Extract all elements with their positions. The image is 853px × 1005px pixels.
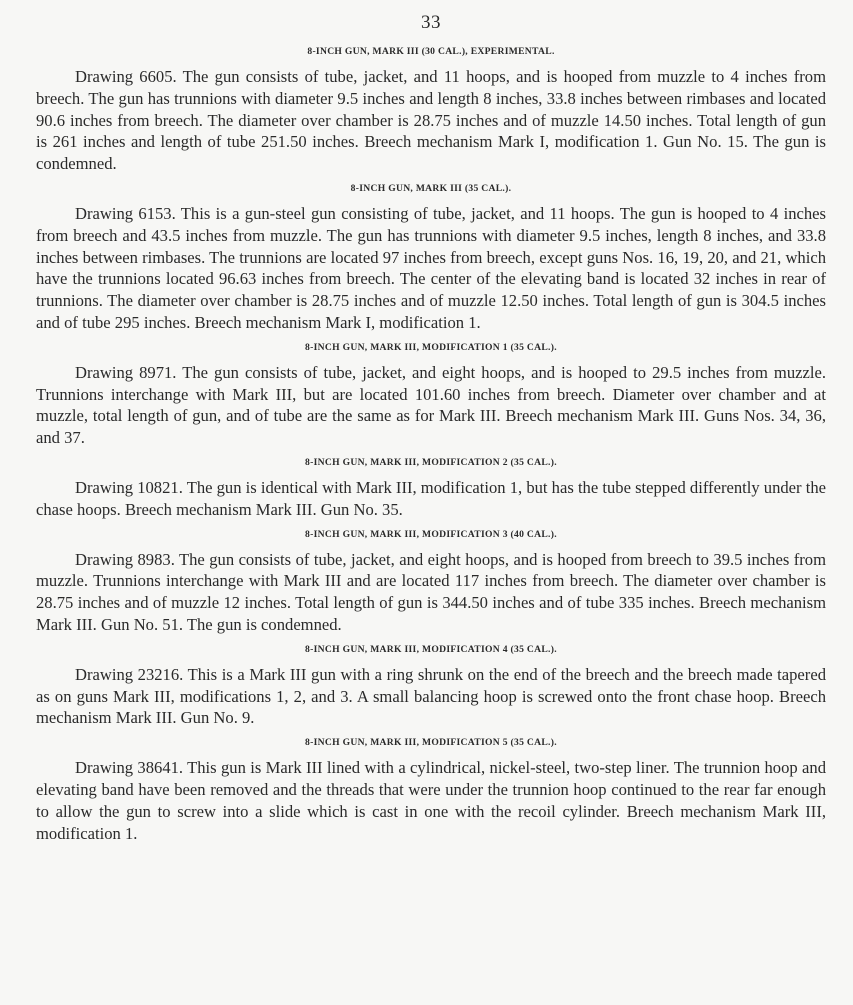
document-page: 33 8-INCH GUN, MARK III (30 CAL.), EXPER… [36,12,826,852]
section-mark-iii-mod-4: 8-INCH GUN, MARK III, MODIFICATION 4 (35… [36,644,826,729]
section-heading: 8-INCH GUN, MARK III (35 CAL.). [36,183,826,194]
section-body: Drawing 10821. The gun is identical with… [36,477,826,521]
section-heading: 8-INCH GUN, MARK III, MODIFICATION 3 (40… [36,529,826,540]
section-mark-iii-mod-5: 8-INCH GUN, MARK III, MODIFICATION 5 (35… [36,737,826,844]
page-number: 33 [36,12,826,34]
section-mark-iii-35-cal: 8-INCH GUN, MARK III (35 CAL.). Drawing … [36,183,826,334]
section-mark-iii-mod-3: 8-INCH GUN, MARK III, MODIFICATION 3 (40… [36,529,826,636]
section-mark-iii-mod-1: 8-INCH GUN, MARK III, MODIFICATION 1 (35… [36,342,826,449]
section-body: Drawing 8983. The gun consists of tube, … [36,549,826,636]
section-body: Drawing 6605. The gun consists of tube, … [36,66,826,175]
section-heading: 8-INCH GUN, MARK III, MODIFICATION 2 (35… [36,457,826,468]
section-heading: 8-INCH GUN, MARK III (30 CAL.), EXPERIME… [36,46,826,57]
section-heading: 8-INCH GUN, MARK III, MODIFICATION 1 (35… [36,342,826,353]
section-heading: 8-INCH GUN, MARK III, MODIFICATION 5 (35… [36,737,826,748]
section-mark-iii-mod-2: 8-INCH GUN, MARK III, MODIFICATION 2 (35… [36,457,826,521]
section-mark-iii-30-cal-experimental: 8-INCH GUN, MARK III (30 CAL.), EXPERIME… [36,46,826,175]
section-body: Drawing 6153. This is a gun-steel gun co… [36,203,826,334]
section-heading: 8-INCH GUN, MARK III, MODIFICATION 4 (35… [36,644,826,655]
section-body: Drawing 38641. This gun is Mark III line… [36,757,826,844]
section-body: Drawing 23216. This is a Mark III gun wi… [36,664,826,729]
section-body: Drawing 8971. The gun consists of tube, … [36,362,826,449]
